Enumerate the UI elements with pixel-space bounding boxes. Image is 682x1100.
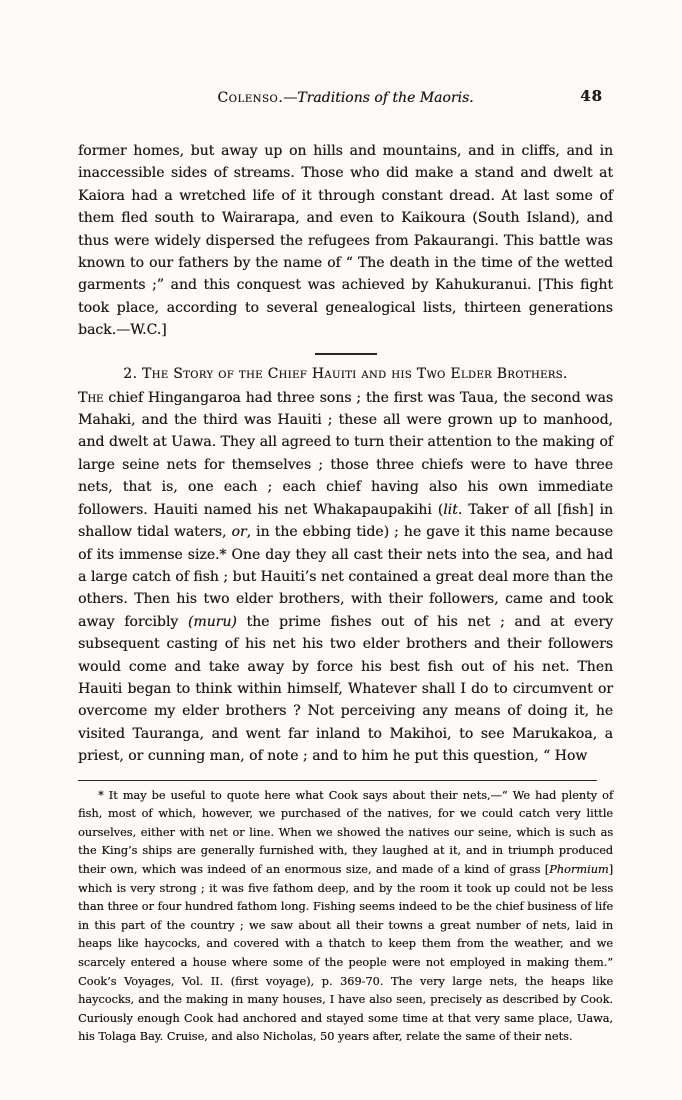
footnote-paragraph: * It may be useful to quote here what Co… [78, 787, 613, 1047]
story-segment-lead-smallcaps: The [78, 390, 103, 406]
running-head: Colenso.—Traditions of the Maoris. 48 [78, 90, 613, 110]
story-segment-italic-lit: lit [443, 502, 458, 518]
story-segment: chief Hingangaroa had three sons ; the f… [78, 390, 613, 518]
author-name: Colenso. [217, 90, 283, 106]
text-block: Colenso.—Traditions of the Maoris. 48 fo… [78, 90, 613, 1058]
footnote-segment-italic-phormium: Phormium [549, 863, 608, 876]
opening-paragraph: former homes, but away up on hills and m… [78, 140, 613, 342]
opening-paragraph-text: former homes, but away up on hills and m… [78, 143, 613, 338]
section-heading: 2. The Story of the Chief Hauiti and his… [78, 366, 613, 382]
scanned-book-page: Colenso.—Traditions of the Maoris. 48 fo… [0, 0, 682, 1100]
story-segment-italic-muru: (muru) [188, 614, 237, 630]
work-title: Traditions of the Maoris. [297, 90, 473, 106]
story-segment-italic-or: or [231, 524, 246, 540]
footnote-segment: ] which is very strong ; it was five fat… [78, 863, 613, 1043]
section-divider-rule [315, 353, 377, 355]
footnote-segment: * It may be useful to quote here what Co… [78, 789, 613, 876]
title-dash: — [283, 90, 297, 106]
story-paragraph: The chief Hingangaroa had three sons ; t… [78, 387, 613, 768]
running-head-title: Colenso.—Traditions of the Maoris. [78, 90, 613, 106]
page-number: 48 [580, 87, 603, 105]
story-segment: the prime fishes out of his net ; and at… [78, 614, 613, 764]
footnote-separator-rule [78, 780, 597, 781]
